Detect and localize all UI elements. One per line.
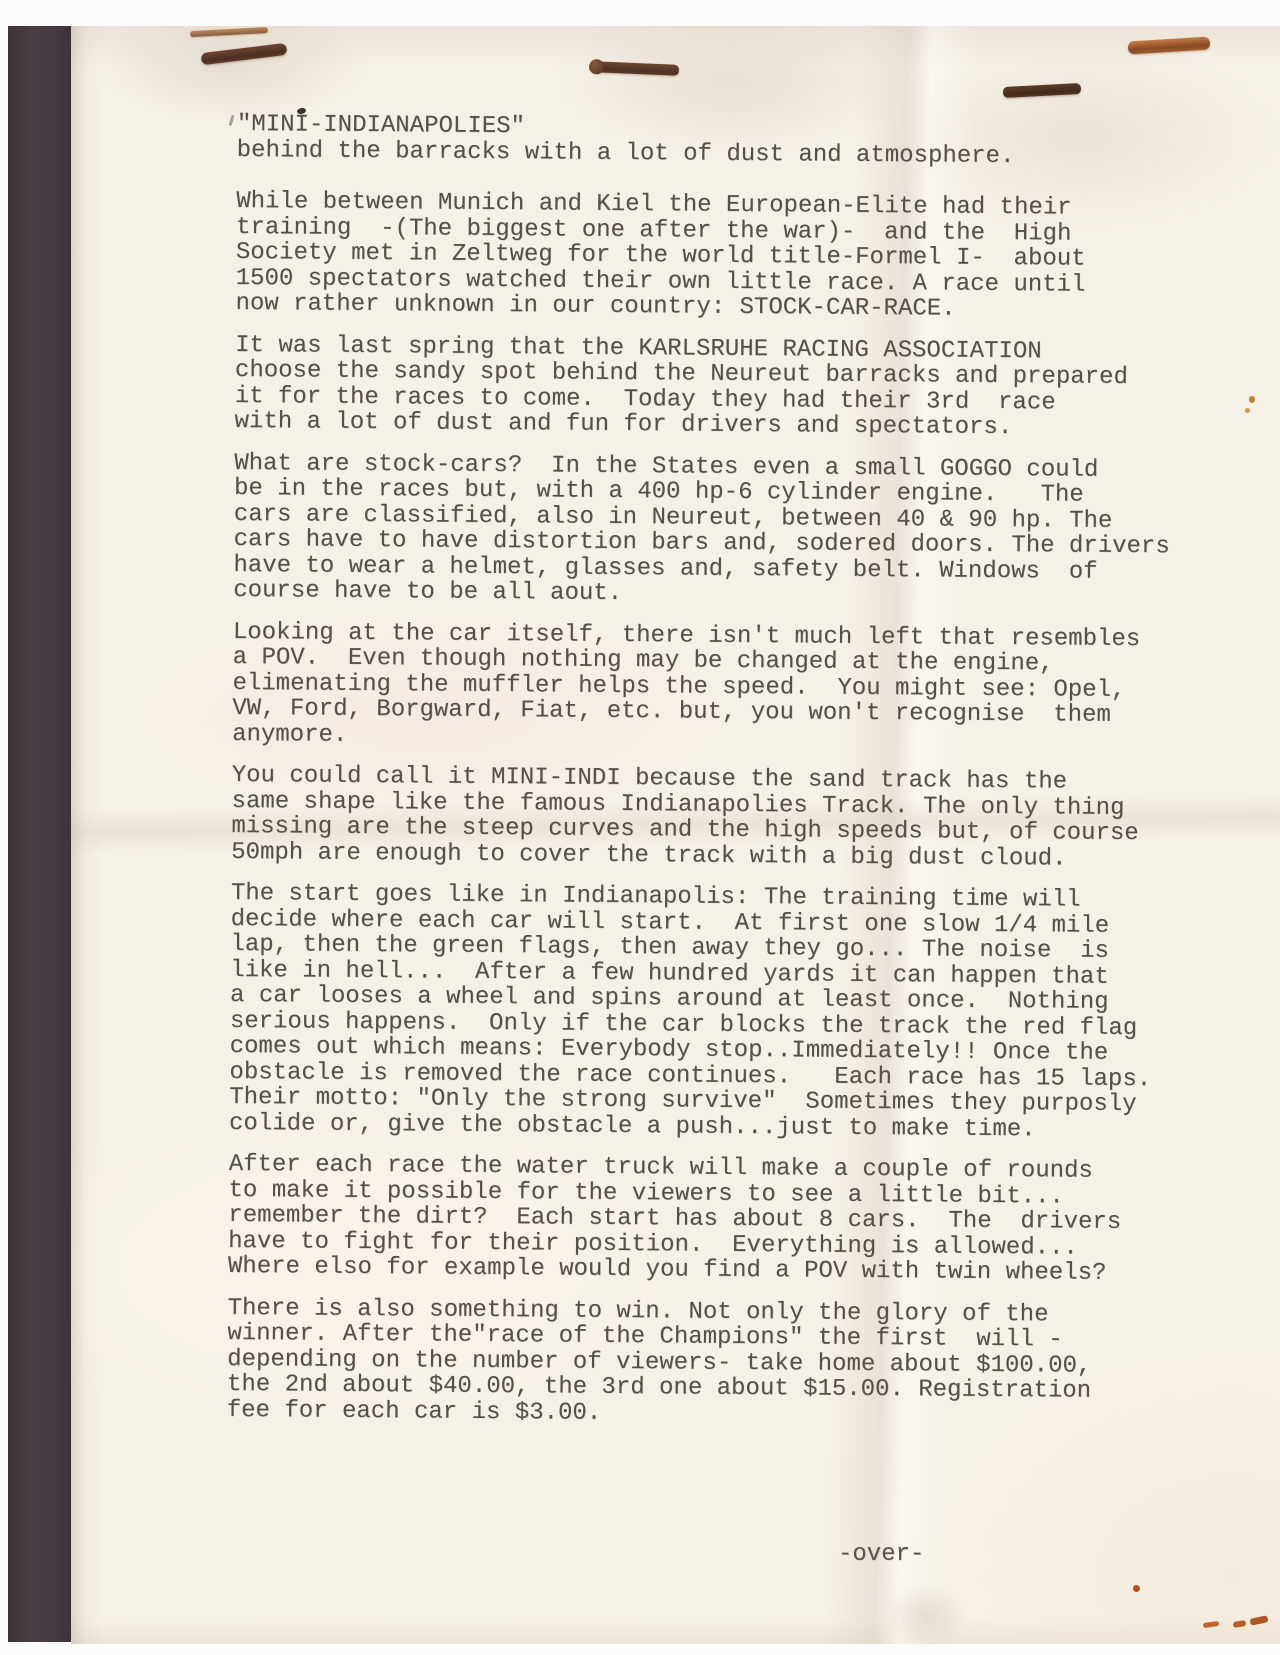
rust-speck (1245, 408, 1250, 413)
paragraph-the-start: The start goes like in Indianapolis: The… (229, 881, 1216, 1144)
paragraph-mini-indi: You could call it MINI-INDI because the … (231, 763, 1217, 873)
paragraph-last-spring: It was last spring that the KARLSRUHE RA… (234, 332, 1220, 442)
page-footer: -over- (838, 1542, 924, 1567)
paragraph-after-each-race: After each race the water truck will mak… (228, 1152, 1214, 1287)
paragraph-looking-at-the-car: Looking at the car itself, there isn't m… (232, 619, 1218, 754)
rust-speck (1133, 1585, 1140, 1592)
scanned-page: "MINI-INDIANAPOLIES" behind the barracks… (0, 0, 1280, 1655)
paragraph-something-to-win: There is also something to win. Not only… (227, 1295, 1213, 1430)
paragraph-what-are-stock-cars: What are stock-cars? In the States even … (233, 450, 1219, 611)
paper-crease-dimple (881, 1581, 971, 1651)
document-title: "MINI-INDIANAPOLIES" behind the barracks… (237, 112, 1222, 171)
paragraph-while-between: While between Munich and Kiel the Europe… (235, 189, 1221, 324)
rust-speck (1249, 396, 1255, 403)
scan-backing-strip (8, 26, 72, 1642)
document-text: "MINI-INDIANAPOLIES" behind the barracks… (227, 112, 1222, 1447)
